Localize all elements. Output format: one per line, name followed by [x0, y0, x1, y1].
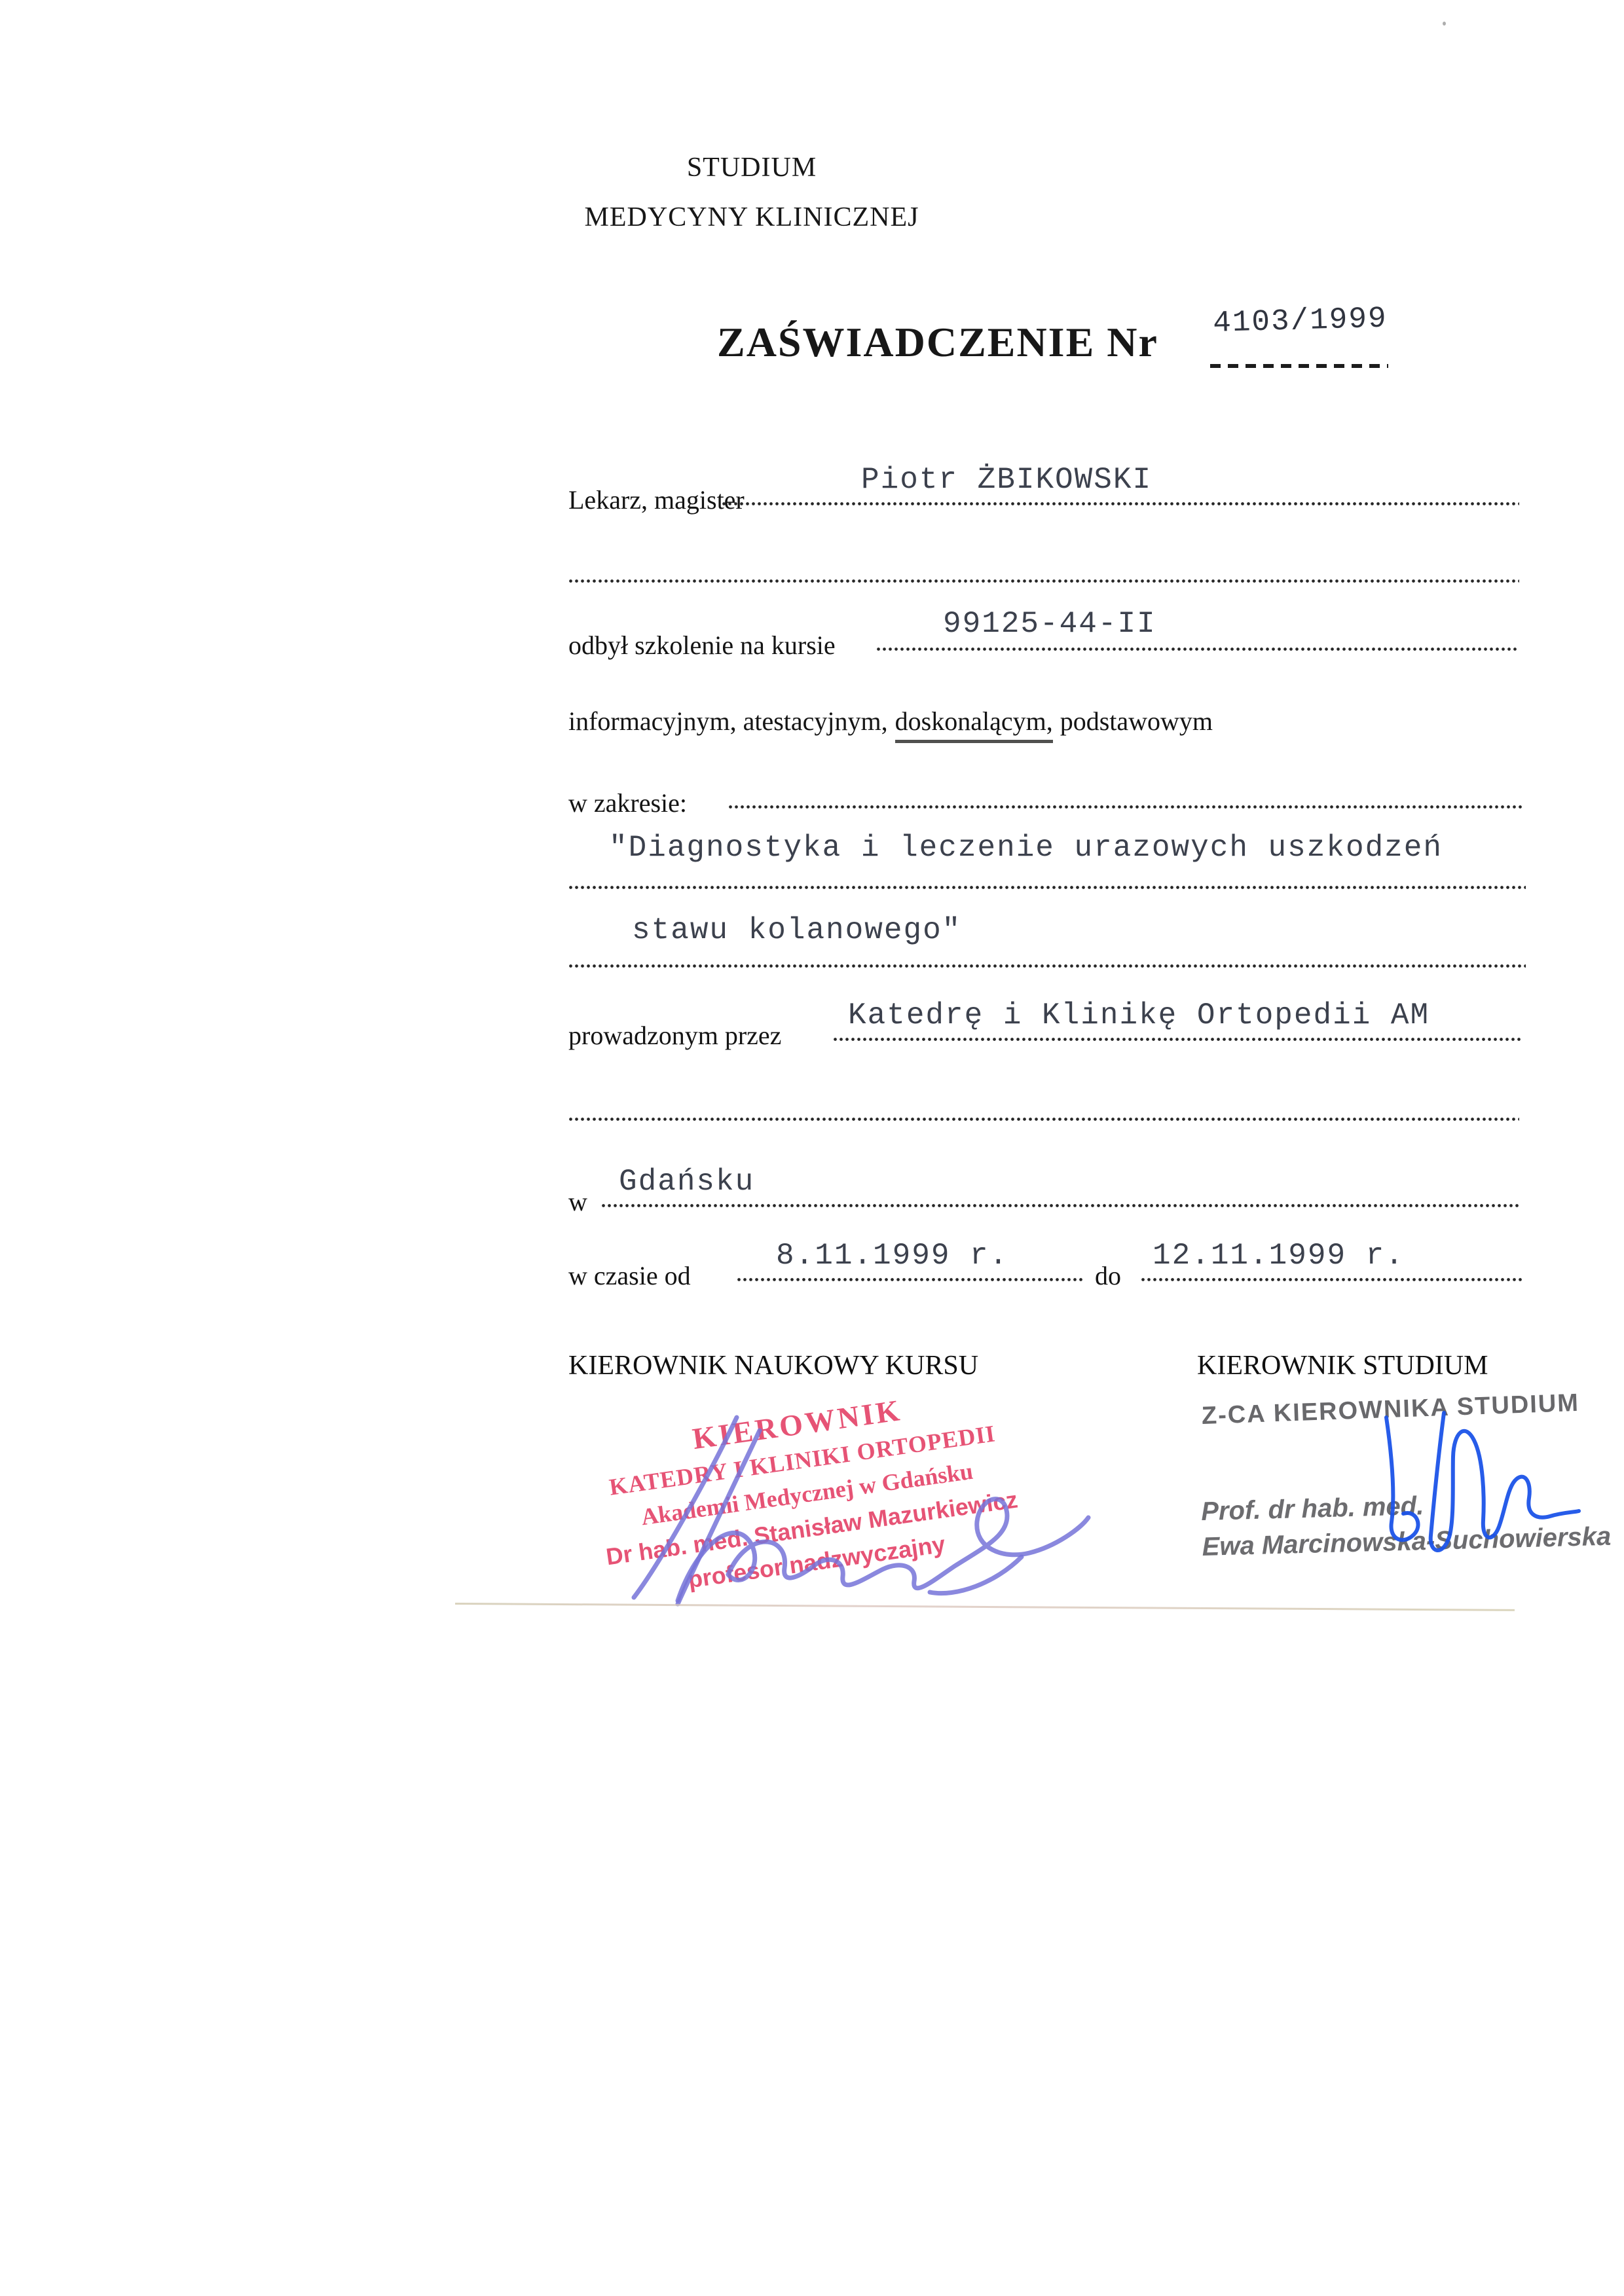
right-handwritten-signature — [1346, 1408, 1588, 1578]
course-types-before: informacyjnym, atestacyjnym, — [568, 706, 888, 736]
course-types-after: podstawowym — [1060, 706, 1213, 736]
continuation-dotted-line2 — [568, 1117, 1519, 1121]
letterhead: STUDIUM MEDYCYNY KLINICZNEJ — [568, 143, 935, 242]
scan-speck — [1443, 22, 1446, 26]
czas-do-label: do — [1095, 1260, 1121, 1291]
left-signature-heading: KIEROWNIK NAUKOWY KURSU — [568, 1350, 978, 1381]
lekarz-label: Lekarz, magister — [568, 484, 745, 515]
czas-do-value: 12.11.1999 r. — [1153, 1241, 1405, 1271]
certificate-title: ZAŚWIADCZENIE Nr — [717, 318, 1158, 367]
miejsce-dotted-line — [601, 1203, 1521, 1208]
left-handwritten-signature — [563, 1381, 1100, 1617]
kurs-label: odbył szkolenie na kursie — [568, 630, 836, 661]
czas-od-label: w czasie od — [568, 1260, 691, 1291]
zakres-value-line2: stawu kolanowego" — [632, 915, 961, 945]
prowadzony-label: prowadzonym przez — [568, 1020, 781, 1051]
certificate-document: STUDIUM MEDYCYNY KLINICZNEJ ZAŚWIADCZENI… — [0, 0, 1624, 2296]
lekarz-value: Piotr ŻBIKOWSKI — [861, 465, 1152, 495]
czas-do-dotted-line — [1141, 1277, 1522, 1282]
certificate-number-dashes — [1210, 364, 1388, 368]
course-types-line: informacyjnym, atestacyjnym,doskonalącym… — [568, 706, 1213, 737]
czas-od-value: 8.11.1999 r. — [776, 1241, 1008, 1271]
miejsce-value: Gdańsku — [619, 1167, 754, 1197]
course-types-underlined: doskonalącym, — [895, 706, 1053, 743]
certificate-number: 4103/1999 — [1213, 302, 1388, 340]
letterhead-line1: STUDIUM — [568, 143, 935, 192]
zakres-dotted-line — [728, 805, 1524, 809]
letterhead-line2: MEDYCYNY KLINICZNEJ — [568, 192, 935, 242]
miejsce-label: w — [568, 1186, 587, 1217]
right-signature-heading: KIEROWNIK STUDIUM — [1197, 1350, 1488, 1381]
zakres-value-line1: "Diagnostyka i leczenie urazowych uszkod… — [609, 833, 1443, 863]
zakres-label: w zakresie: — [568, 788, 687, 818]
zakres-dotted-line2 — [568, 885, 1526, 890]
zakres-dotted-line3 — [568, 964, 1526, 968]
prowadzony-dotted-line — [833, 1037, 1522, 1042]
continuation-dotted-line — [568, 579, 1519, 583]
prowadzony-value: Katedrę i Klinikę Ortopedii AM — [848, 1000, 1430, 1030]
lekarz-dotted-line — [722, 501, 1519, 506]
czas-od-dotted-line — [737, 1277, 1082, 1282]
kurs-dotted-line — [876, 647, 1519, 651]
kurs-value: 99125-44-II — [943, 609, 1156, 639]
